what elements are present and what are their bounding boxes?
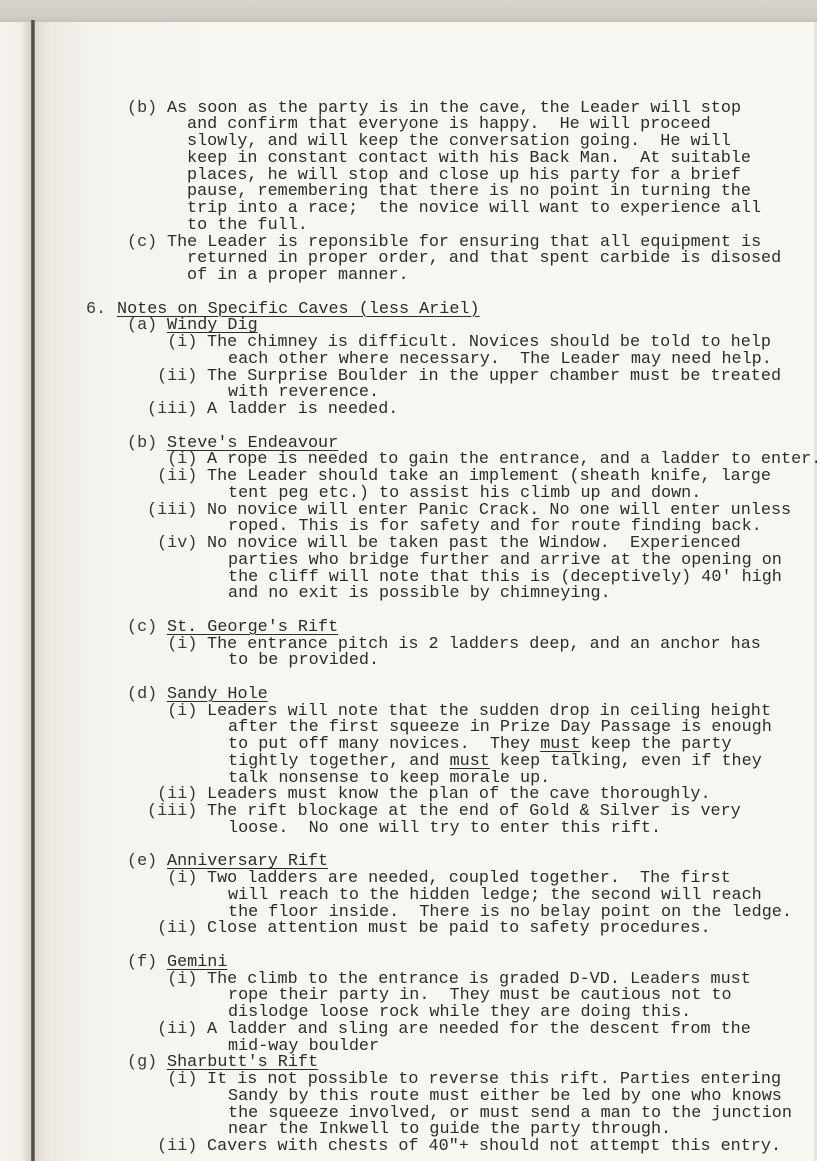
point-line: dislodge loose rock while they are doing… [228,1004,691,1021]
point-numeral: (i) [167,971,197,988]
cave-name-heading: St. George's Rift [167,619,338,636]
point-line: and no exit is possible by chimneying. [228,585,611,602]
point-line: The Surprise Boulder in the upper chambe… [207,368,781,385]
point-line: the squeeze involved, or must send a man… [228,1105,792,1122]
paragraph-line: As soon as the party is in the cave, the… [167,100,741,117]
paragraph-line: and confirm that everyone is happy. He w… [187,116,711,133]
point-line: A ladder is needed. [207,401,398,418]
point-line: each other where necessary. The Leader m… [228,351,772,368]
point-line: A rope is needed to gain the entrance, a… [207,451,817,468]
point-line: parties who bridge further and arrive at… [228,552,782,569]
point-numeral: (i) [167,1071,197,1088]
point-numeral: (iii) [147,803,197,820]
paragraph-line: pause, remembering that there is no poin… [187,183,751,200]
paragraph-line: keep in constant contact with his Back M… [187,150,751,167]
point-line: after the first squeeze in Prize Day Pas… [228,719,772,736]
paragraph-line: places, he will stop and close up his pa… [187,167,741,184]
cave-name-heading: Anniversary Rift [167,853,328,870]
point-line: No novice will be taken past the Window.… [207,535,741,552]
point-line: loose. No one will try to enter this rif… [228,820,661,837]
point-line: the cliff will note that this is (decept… [228,569,782,586]
point-numeral: (i) [167,334,197,351]
paragraph-line: of in a proper manner. [187,267,409,284]
point-line: It is not possible to reverse this rift.… [207,1071,781,1088]
cave-name-heading: Windy Dig [167,317,258,334]
cave-letter: (c) [127,619,157,636]
paragraph-line: trip into a race; the novice will want t… [187,200,761,217]
cave-letter: (e) [127,853,157,870]
emphasis-underline: must [450,752,490,771]
point-numeral: (i) [167,636,197,653]
point-line: Leaders must know the plan of the cave t… [207,786,711,803]
point-numeral: (ii) [157,368,197,385]
point-numeral: (ii) [157,468,197,485]
section-number: 6. [86,301,106,318]
section-heading: Notes on Specific Caves (less Ariel) [117,301,480,318]
point-line: the floor inside. There is no belay poin… [228,904,792,921]
cave-letter: (b) [127,435,157,452]
point-line: with reverence. [228,384,379,401]
item-letter: (c) [127,234,157,251]
point-numeral: (i) [167,870,197,887]
point-numeral: (iii) [147,502,197,519]
item-letter: (b) [127,100,157,117]
point-numeral: (i) [167,451,197,468]
point-line: The rift blockage at the end of Gold & S… [207,803,741,820]
point-line: Two ladders are needed, coupled together… [207,870,731,887]
paragraph-line: The Leader is reponsible for ensuring th… [167,234,761,251]
point-numeral: (ii) [157,1021,197,1038]
point-line: will reach to the hidden ledge; the seco… [228,887,762,904]
point-line: tent peg etc.) to assist his climb up an… [228,485,701,502]
point-line: The chimney is difficult. Novices should… [207,334,771,351]
point-numeral: (iv) [157,535,197,552]
typewritten-document: (b)As soon as the party is in the cave, … [0,0,817,1161]
point-line: The Leader should take an implement (she… [207,468,771,485]
point-line: talk nonsense to keep morale up. [228,770,550,787]
point-line: to put off many novices. They must keep … [228,736,732,753]
cave-letter: (a) [127,317,157,334]
point-line: Sandy by this route must either be led b… [228,1088,782,1105]
cave-letter: (g) [127,1054,157,1071]
point-numeral: (iii) [147,401,197,418]
point-line: No novice will enter Panic Crack. No one… [207,502,791,519]
point-line: roped. This is for safety and for route … [228,518,762,535]
cave-letter: (f) [127,954,157,971]
point-line: tightly together, and must keep talking,… [228,753,762,770]
cave-letter: (d) [127,686,157,703]
point-numeral: (ii) [157,920,197,937]
point-numeral: (ii) [157,786,197,803]
paragraph-line: returned in proper order, and that spent… [187,250,781,267]
paragraph-line: to the full. [187,217,308,234]
cave-name-heading: Gemini [167,954,227,971]
point-numeral: (ii) [157,1138,197,1155]
point-line: near the Inkwell to guide the party thro… [228,1121,671,1138]
point-numeral: (i) [167,703,197,720]
point-line: Leaders will note that the sudden drop i… [207,703,771,720]
point-line: The entrance pitch is 2 ladders deep, an… [207,636,761,653]
cave-name-heading: Sharbutt's Rift [167,1054,318,1071]
point-line: mid-way boulder [228,1038,379,1055]
point-line: to be provided. [228,652,379,669]
paragraph-line: slowly, and will keep the conversation g… [187,133,731,150]
point-line: Close attention must be paid to safety p… [207,920,711,937]
point-line: rope their party in. They must be cautio… [228,987,732,1004]
cave-name-heading: Sandy Hole [167,686,268,703]
point-line: Cavers with chests of 40"+ should not at… [207,1138,781,1155]
cave-name-heading: Steve's Endeavour [167,435,338,452]
point-line: The climb to the entrance is graded D-VD… [207,971,751,988]
point-line: A ladder and sling are needed for the de… [207,1021,751,1038]
